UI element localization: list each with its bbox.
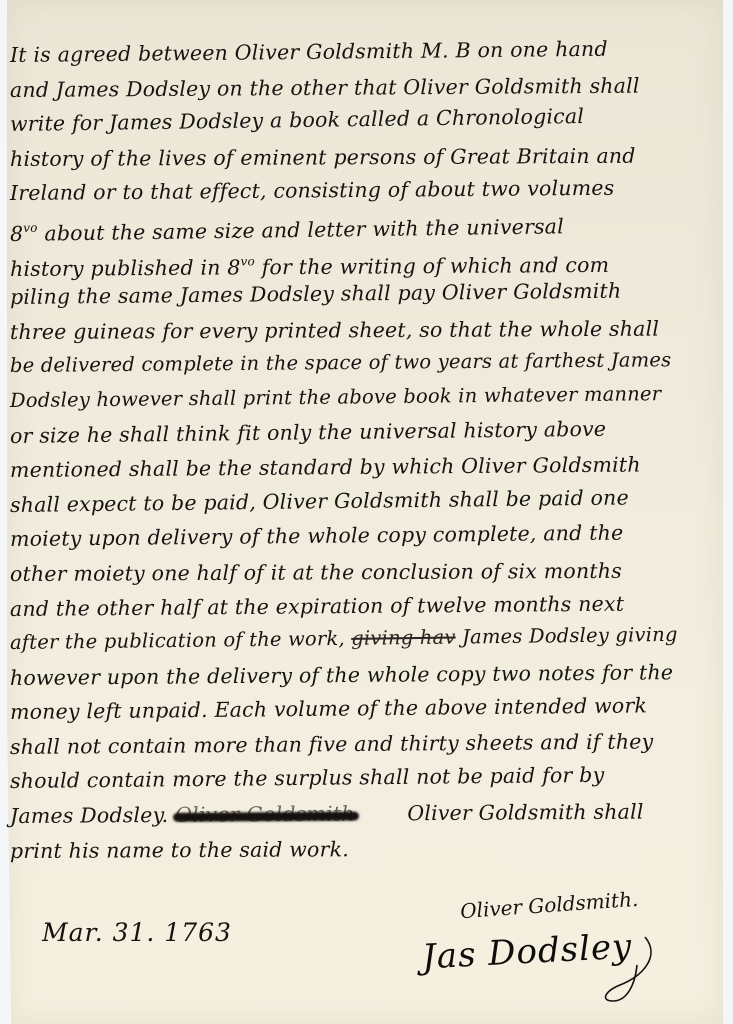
line-text: after the publication of the work, <box>10 622 345 661</box>
line-text: write for James Dodsley a book called a … <box>10 99 585 142</box>
superscript: vo <box>240 244 255 279</box>
line-text: It is agreed between Oliver Goldsmith M.… <box>10 32 608 73</box>
contract-body: It is agreed between Oliver Goldsmith M.… <box>10 38 710 868</box>
text-line-15: moiety upon delivery of the whole copy c… <box>10 515 710 557</box>
text-line-24: print his name to the said work. <box>10 830 710 868</box>
text-line-23: James Dodsley. Oliver Goldsmith Oliver G… <box>10 794 710 833</box>
contract-date: Mar. 31. 1763 <box>42 918 232 947</box>
blotted-out-text: Oliver Goldsmith <box>175 797 355 833</box>
text-line-16: other moiety one half of it at the concl… <box>10 553 710 591</box>
superscript: vo <box>23 211 38 246</box>
line-text: other moiety one half of it at the concl… <box>10 554 622 592</box>
line-text: print his name to the said work. <box>10 832 349 868</box>
line-text: Oliver Goldsmith shall <box>407 795 644 831</box>
text-line-22: should contain more the surplus shall no… <box>10 757 710 799</box>
line-text: James Dodsley giving <box>462 618 678 655</box>
struck-out-text: giving hav <box>351 621 456 657</box>
text-line-8: piling the same James Dodsley shall pay … <box>10 273 710 315</box>
line-text: moiety upon delivery of the whole copy c… <box>10 516 624 557</box>
line-text: piling the same James Dodsley shall pay … <box>10 274 622 315</box>
line-text: or size he shall think fit only the univ… <box>10 411 607 453</box>
line-text: should contain more the surplus shall no… <box>10 758 605 799</box>
signature-flourish-icon <box>575 935 655 1005</box>
text-line-18: after the publication of the work, givin… <box>10 618 710 661</box>
line-text: James Dodsley. <box>10 798 169 834</box>
line-text: money left unpaid. Each volume of the ab… <box>10 689 647 730</box>
text-line-1: It is agreed between Oliver Goldsmith M.… <box>10 31 710 73</box>
text-line-20: money left unpaid. Each volume of the ab… <box>10 688 710 730</box>
